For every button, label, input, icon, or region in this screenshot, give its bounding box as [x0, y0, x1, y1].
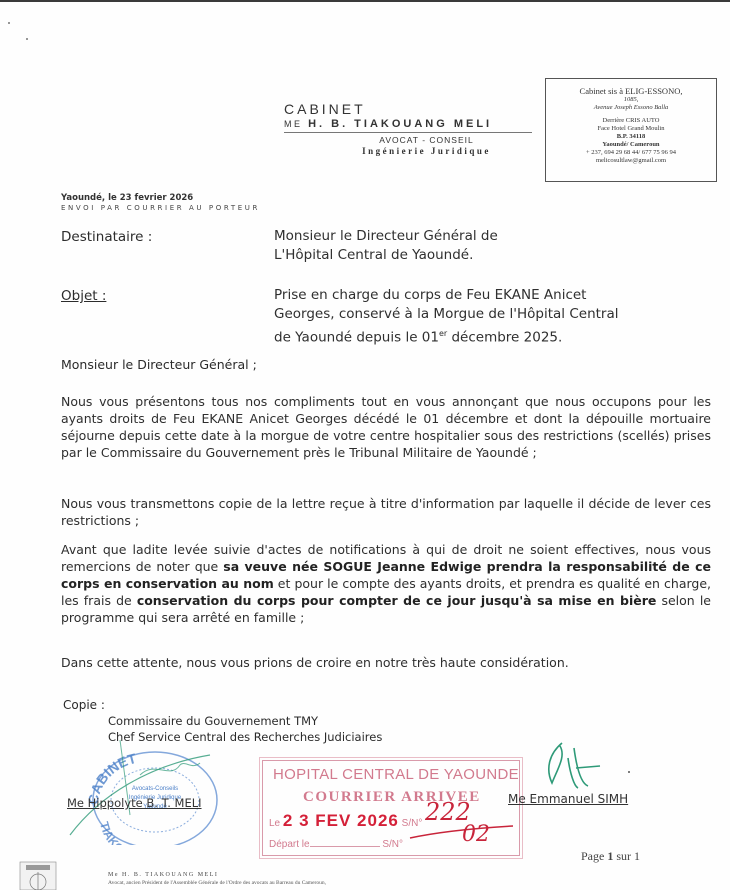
page-number: Page 1 sur 1: [581, 849, 640, 864]
ink-dot: [628, 771, 630, 773]
scan-speck: [26, 38, 28, 40]
signature-right: [540, 738, 610, 793]
footer-name: Me H. B. TIAKOUANG MELI: [108, 872, 218, 878]
signatory-right: Me Emmanuel SIMH: [508, 792, 628, 806]
paragraph-4: Dans cette attente, nous vous prions de …: [61, 654, 711, 671]
paragraph-1: Nous vous présentons tous nos compliment…: [61, 393, 711, 461]
letterhead: Cabinet Me H. B. TIAKOUANG MELI Avocat -…: [284, 101, 529, 156]
delivery-method: ENVOI PAR COURRIER AU PORTEUR: [61, 204, 260, 212]
letter-date: Yaoundé, le 23 fevrier 2026: [61, 193, 193, 203]
footer-title: Avocat, ancien Président de l'Assemblée …: [108, 880, 326, 886]
window-top-border: [0, 0, 730, 2]
letterhead-avocat: Avocat - Conseil: [324, 135, 529, 145]
svg-text:TIAKOUANG MELI: TIAKOUANG MELI: [97, 820, 185, 845]
signatory-left: Me Hippolyte B. T. MELI: [67, 796, 202, 810]
letterhead-ingenierie: Ingénierie Juridique: [324, 146, 529, 156]
letterhead-name: Me H. B. TIAKOUANG MELI: [284, 118, 532, 133]
recipient-value: Monsieur le Directeur Général de L'Hôpit…: [274, 227, 498, 265]
paragraph-3: Avant que ladite levée suivie d'actes de…: [61, 541, 711, 626]
handwritten-sub-number: 02: [462, 822, 490, 847]
subject-value: Prise en charge du corps de Feu EKANE An…: [274, 286, 619, 348]
copy-label: Copie :: [63, 698, 105, 712]
letterhead-cabinet: Cabinet: [284, 101, 529, 117]
svg-text:Avocats-Conseils: Avocats-Conseils: [132, 786, 178, 792]
paragraph-2: Nous vous transmettons copie de la lettr…: [61, 495, 711, 529]
received-date: 2 3 FEV 2026: [283, 811, 399, 830]
subject-label: Objet :: [61, 288, 106, 304]
address-box: Cabinet sis à ELIG-ESSONO, 1085, Avenue …: [545, 78, 717, 182]
recipient-label: Destinataire :: [61, 229, 152, 245]
law-firm-seal: CABINET TIAKOUANG MELI Avocats-Conseils …: [60, 735, 225, 845]
copy-item: Commissaire du Gouvernement TMY: [108, 713, 382, 729]
bar-association-logo: [16, 860, 60, 890]
salutation: Monsieur le Directeur Général ;: [61, 357, 257, 372]
scan-speck: [8, 22, 10, 24]
